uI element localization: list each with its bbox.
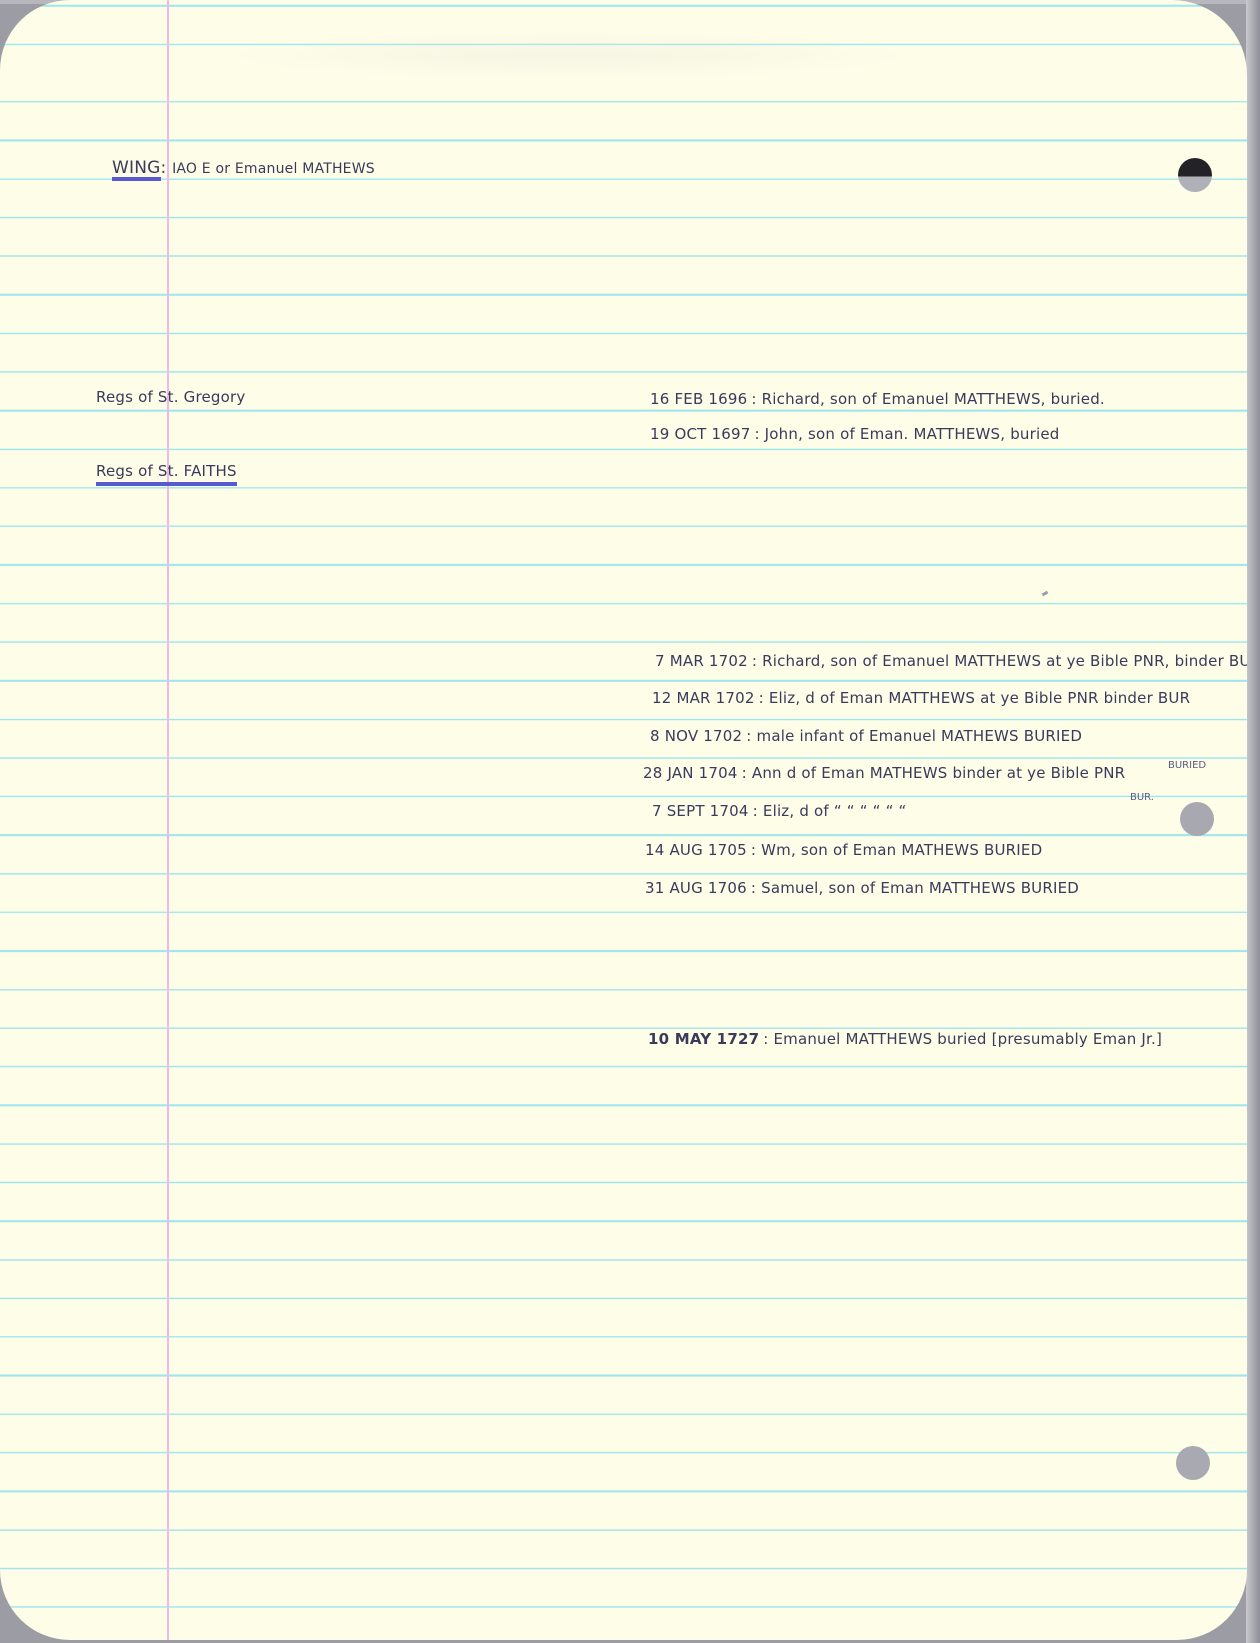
entry-bracket-note: [presumably Eman Jr.] xyxy=(992,1030,1163,1048)
entry-faiths-4-note: BURIED xyxy=(1168,760,1206,771)
entry-date: 10 MAY 1727 xyxy=(648,1030,759,1048)
entry-text: : Ann d of Eman MATHEWS binder at ye Bib… xyxy=(742,764,1126,782)
header-text: IAO E or Emanuel MATHEWS xyxy=(172,161,375,177)
entry-text: : Eliz, d of Eman MATTHEWS at ye Bible P… xyxy=(759,689,1191,707)
entry-gregory-1: 16 FEB 1696: Richard, son of Emanuel MAT… xyxy=(650,390,1105,408)
register-st-gregory: Regs of St. Gregory xyxy=(96,388,245,406)
entry-date: 12 MAR 1702 xyxy=(652,689,755,707)
entry-faiths-4: 28 JAN 1704: Ann d of Eman MATHEWS binde… xyxy=(643,764,1125,782)
scan-right-edge xyxy=(1246,0,1260,1643)
entry-faiths-5-note: BUR. xyxy=(1130,792,1154,803)
entry-date: 8 NOV 1702 xyxy=(650,727,742,745)
punch-hole-bottom xyxy=(1176,1446,1210,1480)
entry-text: : Samuel, son of Eman MATTHEWS BURIED xyxy=(751,879,1079,897)
entry-faiths-6: 14 AUG 1705: Wm, son of Eman MATHEWS BUR… xyxy=(645,841,1042,859)
entry-gregory-2: 19 OCT 1697: John, son of Eman. MATTHEWS… xyxy=(650,425,1060,443)
entry-text: : Emanuel MATTHEWS buried xyxy=(763,1030,986,1048)
entry-date: 28 JAN 1704 xyxy=(643,764,738,782)
register-st-faiths-label: Regs of St. FAITHS xyxy=(96,462,237,486)
entry-text: : John, son of Eman. MATTHEWS, buried xyxy=(754,425,1059,443)
entry-date: 7 MAR 1702 xyxy=(655,652,748,670)
entry-faiths-3: 8 NOV 1702: male infant of Emanuel MATHE… xyxy=(650,727,1082,745)
stray-ink-mark xyxy=(1042,591,1049,597)
page-header: WING: IAO E or Emanuel MATHEWS xyxy=(112,158,375,181)
punch-hole-top xyxy=(1178,158,1212,192)
entry-date: 7 SEPT 1704 xyxy=(652,802,749,820)
header-label: WING xyxy=(112,159,161,181)
entry-text: : Richard, son of Emanuel MATTHEWS, buri… xyxy=(751,390,1105,408)
punch-hole-middle xyxy=(1180,802,1214,836)
entry-date: 16 FEB 1696 xyxy=(650,390,747,408)
entry-faiths-1: 7 MAR 1702: Richard, son of Emanuel MATT… xyxy=(655,652,1247,670)
margin-line xyxy=(167,0,169,1640)
header-colon: : xyxy=(161,158,167,178)
entry-text: : Eliz, d of “ “ “ “ “ “ xyxy=(753,802,907,820)
entry-date: 14 AUG 1705 xyxy=(645,841,747,859)
faded-bleedthrough xyxy=(220,30,920,80)
entry-date: 19 OCT 1697 xyxy=(650,425,750,443)
entry-text: : Wm, son of Eman MATHEWS BURIED xyxy=(751,841,1042,859)
entry-faiths-5: 7 SEPT 1704: Eliz, d of “ “ “ “ “ “ xyxy=(652,802,907,820)
notebook-page: WING: IAO E or Emanuel MATHEWS Regs of S… xyxy=(0,0,1247,1640)
entry-faiths-7: 31 AUG 1706: Samuel, son of Eman MATTHEW… xyxy=(645,879,1079,897)
entry-date: 31 AUG 1706 xyxy=(645,879,747,897)
entry-faiths-2: 12 MAR 1702: Eliz, d of Eman MATTHEWS at… xyxy=(652,689,1190,707)
entry-text: : male infant of Emanuel MATHEWS BURIED xyxy=(746,727,1082,745)
entry-text: : Richard, son of Emanuel MATTHEWS at ye… xyxy=(752,652,1247,670)
register-st-faiths: Regs of St. FAITHS xyxy=(96,462,237,486)
entry-later: 10 MAY 1727: Emanuel MATTHEWS buried [pr… xyxy=(648,1030,1162,1048)
